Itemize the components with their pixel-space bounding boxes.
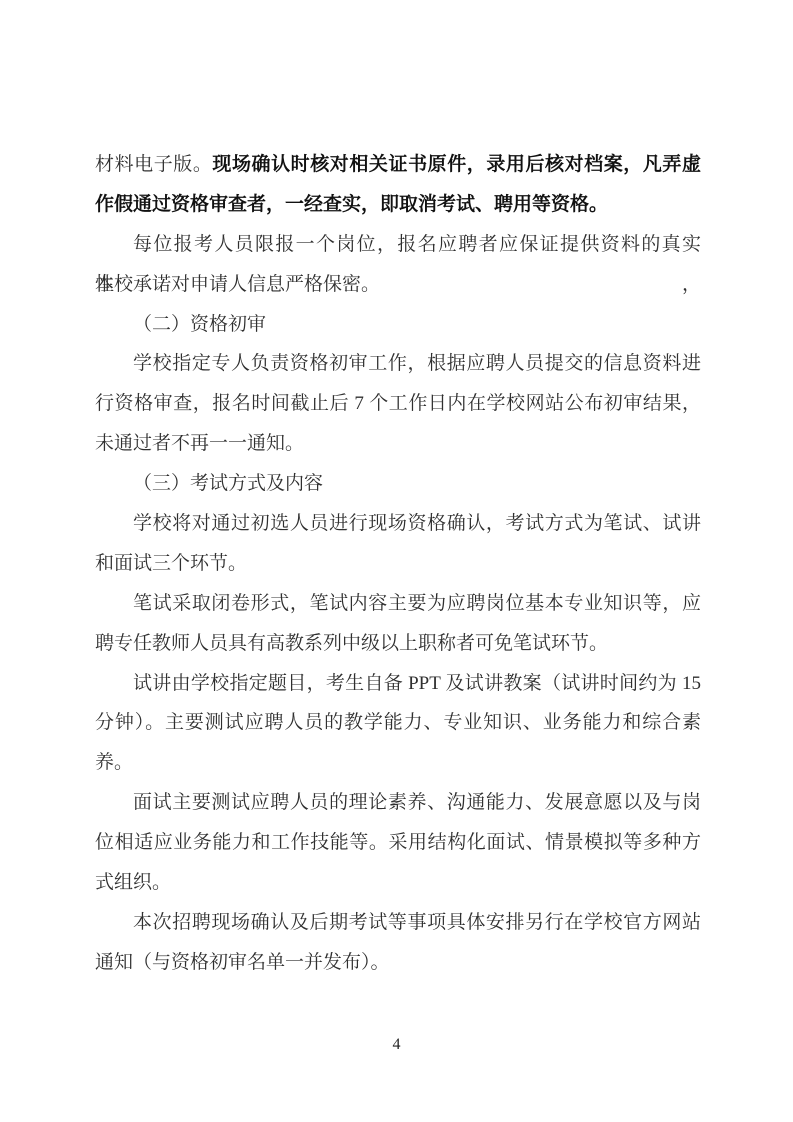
text-line: 材料电子版。现场确认时核对相关证书原件，录用后核对档案，凡弄虚 xyxy=(95,145,701,185)
page-number: 4 xyxy=(0,1036,793,1054)
document-page: 材料电子版。现场确认时核对相关证书原件，录用后核对档案，凡弄虚 作假通过资格审查… xyxy=(0,0,793,1122)
text-line: 通知（与资格初审名单一并发布）。 xyxy=(95,943,701,983)
text-line: 未通过者不再一一通知。 xyxy=(95,424,701,464)
section-heading: （三）考试方式及内容 xyxy=(95,464,701,504)
text-run-regular: 材料电子版。 xyxy=(95,154,212,175)
section-heading: （二）资格初审 xyxy=(95,305,701,345)
text-line: 作假通过资格审查者，一经查实，即取消考试、聘用等资格。 xyxy=(95,185,701,225)
text-line: 学校将对通过初选人员进行现场资格确认，考试方式为笔试、试讲 xyxy=(95,504,701,544)
text-line: 试讲由学校指定题目，考生自备 PPT 及试讲教案（试讲时间约为 15 xyxy=(95,664,701,704)
text-line: 式组织。 xyxy=(95,863,701,903)
text-line: 养。 xyxy=(95,743,701,783)
text-line: 行资格审查，报名时间截止后 7 个工作日内在学校网站公布初审结果， xyxy=(95,384,701,424)
text-line: 面试主要测试应聘人员的理论素养、沟通能力、发展意愿以及与岗 xyxy=(95,783,701,823)
text-line: 笔试采取闭卷形式，笔试内容主要为应聘岗位基本专业知识等，应 xyxy=(95,584,701,624)
text-line: 本次招聘现场确认及后期考试等事项具体安排另行在学校官方网站 xyxy=(95,903,701,943)
text-run-bold: 现场确认时核对相关证书原件，录用后核对档案，凡弄虚 xyxy=(212,154,701,175)
text-line: 分钟）。主要测试应聘人员的教学能力、专业知识、业务能力和综合素 xyxy=(95,703,701,743)
text-line: 每位报考人员限报一个岗位，报名应聘者应保证提供资料的真实性， xyxy=(95,225,701,265)
document-body: 材料电子版。现场确认时核对相关证书原件，录用后核对档案，凡弄虚 作假通过资格审查… xyxy=(95,145,701,983)
text-line: 聘专任教师人员具有高教系列中级以上职称者可免笔试环节。 xyxy=(95,624,701,664)
text-line: 和面试三个环节。 xyxy=(95,544,701,584)
text-line: 位相适应业务能力和工作技能等。采用结构化面试、情景模拟等多种方 xyxy=(95,823,701,863)
text-line: 学校指定专人负责资格初审工作，根据应聘人员提交的信息资料进 xyxy=(95,344,701,384)
